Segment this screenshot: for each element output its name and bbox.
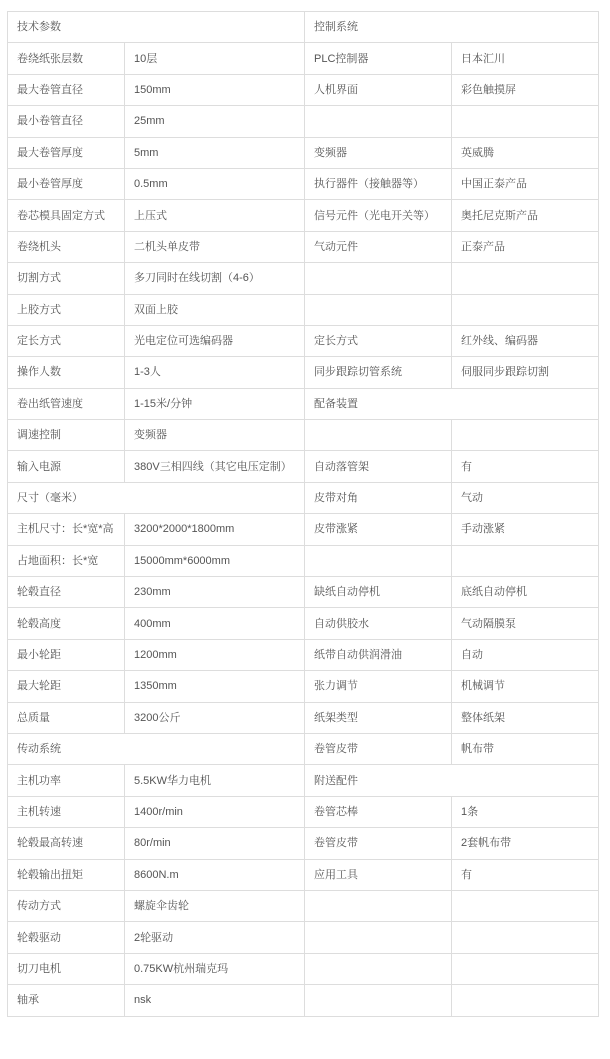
table-cell: 1-3人: [125, 357, 305, 388]
table-cell: 3200公斤: [125, 702, 305, 733]
table-row: 技术参数控制系统: [8, 12, 599, 43]
table-cell: 有: [452, 451, 599, 482]
table-cell: 卷管皮带: [305, 733, 452, 764]
table-cell: 气动: [452, 482, 599, 513]
table-row: 最大卷管厚度5mm变频器英威腾: [8, 137, 599, 168]
spec-table-body: 技术参数控制系统卷绕纸张层数10层PLC控制器日本汇川最大卷管直径150mm人机…: [8, 12, 599, 1017]
table-cell: 最大轮距: [8, 671, 125, 702]
table-cell: 轮毂最高转速: [8, 828, 125, 859]
table-cell: [452, 890, 599, 921]
table-cell: 多刀同时在线切割（4-6）: [125, 263, 305, 294]
table-cell: PLC控制器: [305, 43, 452, 74]
table-cell: [452, 953, 599, 984]
table-cell: 伺服同步跟踪切割: [452, 357, 599, 388]
table-row: 最小卷管直径25mm: [8, 106, 599, 137]
table-cell: 8600N.m: [125, 859, 305, 890]
table-cell: 最小卷管直径: [8, 106, 125, 137]
table-cell: 轮毂直径: [8, 577, 125, 608]
table-cell: 皮带涨紧: [305, 514, 452, 545]
table-row: 主机功率5.5KW华力电机附送配件: [8, 765, 599, 796]
table-cell: 螺旋伞齿轮: [125, 890, 305, 921]
table-cell: 卷芯模具固定方式: [8, 200, 125, 231]
table-cell: 2轮驱动: [125, 922, 305, 953]
table-cell: 红外线、编码器: [452, 325, 599, 356]
table-row: 最小轮距1200mm纸带自动供润滑油自动: [8, 639, 599, 670]
table-cell: 卷管芯棒: [305, 796, 452, 827]
table-cell: 轮毂高度: [8, 608, 125, 639]
table-cell: 皮带对角: [305, 482, 452, 513]
table-cell: [452, 294, 599, 325]
table-cell: [305, 890, 452, 921]
table-cell: 应用工具: [305, 859, 452, 890]
table-cell: [452, 420, 599, 451]
table-cell: 最大卷管厚度: [8, 137, 125, 168]
table-row: 输入电源380V三相四线（其它电压定制）自动落管架有: [8, 451, 599, 482]
table-cell: 彩色触摸屏: [452, 74, 599, 105]
table-cell: 主机功率: [8, 765, 125, 796]
table-cell: 最小卷管厚度: [8, 168, 125, 199]
table-cell: 380V三相四线（其它电压定制）: [125, 451, 305, 482]
table-cell: 定长方式: [8, 325, 125, 356]
table-cell: 1条: [452, 796, 599, 827]
table-cell: 变频器: [125, 420, 305, 451]
table-cell: [305, 263, 452, 294]
table-row: 轮毂最高转速80r/min卷管皮带2套帆布带: [8, 828, 599, 859]
section-header-cell: 尺寸（毫米）: [8, 482, 305, 513]
table-row: 总质量3200公斤纸架类型整体纸架: [8, 702, 599, 733]
table-row: 操作人数1-3人同步跟踪切管系统伺服同步跟踪切割: [8, 357, 599, 388]
table-cell: 自动: [452, 639, 599, 670]
table-cell: 5.5KW华力电机: [125, 765, 305, 796]
table-cell: 占地面积：长*宽: [8, 545, 125, 576]
table-cell: [452, 106, 599, 137]
table-cell: 卷绕机头: [8, 231, 125, 262]
table-row: 传动方式螺旋伞齿轮: [8, 890, 599, 921]
table-row: 卷绕纸张层数10层PLC控制器日本汇川: [8, 43, 599, 74]
table-row: 调速控制变频器: [8, 420, 599, 451]
table-row: 主机转速1400r/min卷管芯棒1条: [8, 796, 599, 827]
table-cell: 缺纸自动停机: [305, 577, 452, 608]
table-cell: 主机尺寸：长*宽*高: [8, 514, 125, 545]
table-row: 卷芯模具固定方式上压式信号元件（光电开关等）奥托尼克斯产品: [8, 200, 599, 231]
table-cell: [452, 922, 599, 953]
table-row: 最小卷管厚度0.5mm执行器件（接触器等）中国正泰产品: [8, 168, 599, 199]
table-cell: [305, 106, 452, 137]
table-cell: 1-15米/分钟: [125, 388, 305, 419]
spec-table: 技术参数控制系统卷绕纸张层数10层PLC控制器日本汇川最大卷管直径150mm人机…: [7, 11, 599, 1017]
table-cell: 切刀电机: [8, 953, 125, 984]
table-cell: [452, 545, 599, 576]
table-cell: [305, 545, 452, 576]
table-cell: 自动落管架: [305, 451, 452, 482]
table-cell: 英威腾: [452, 137, 599, 168]
table-cell: 中国正泰产品: [452, 168, 599, 199]
table-cell: 卷出纸管速度: [8, 388, 125, 419]
table-cell: 帆布带: [452, 733, 599, 764]
table-row: 轴承nsk: [8, 985, 599, 1016]
table-cell: 纸架类型: [305, 702, 452, 733]
table-row: 最大卷管直径150mm人机界面彩色触摸屏: [8, 74, 599, 105]
table-cell: 卷管皮带: [305, 828, 452, 859]
table-cell: 自动供胶水: [305, 608, 452, 639]
table-cell: [305, 985, 452, 1016]
table-cell: 调速控制: [8, 420, 125, 451]
section-header-cell: 传动系统: [8, 733, 305, 764]
table-cell: 人机界面: [305, 74, 452, 105]
table-row: 轮毂驱动2轮驱动: [8, 922, 599, 953]
table-cell: [305, 953, 452, 984]
section-header-cell: 附送配件: [305, 765, 599, 796]
section-header-cell: 技术参数: [8, 12, 305, 43]
table-cell: 手动涨紧: [452, 514, 599, 545]
table-cell: 机械调节: [452, 671, 599, 702]
table-cell: 10层: [125, 43, 305, 74]
table-cell: 轮毂输出扭矩: [8, 859, 125, 890]
table-row: 尺寸（毫米）皮带对角气动: [8, 482, 599, 513]
table-cell: 1200mm: [125, 639, 305, 670]
table-row: 主机尺寸：长*宽*高3200*2000*1800mm皮带涨紧手动涨紧: [8, 514, 599, 545]
table-cell: 同步跟踪切管系统: [305, 357, 452, 388]
table-cell: 总质量: [8, 702, 125, 733]
table-row: 切割方式多刀同时在线切割（4-6）: [8, 263, 599, 294]
table-cell: 0.5mm: [125, 168, 305, 199]
table-cell: 二机头单皮带: [125, 231, 305, 262]
table-row: 最大轮距1350mm张力调节机械调节: [8, 671, 599, 702]
table-cell: 150mm: [125, 74, 305, 105]
table-cell: 主机转速: [8, 796, 125, 827]
table-cell: 80r/min: [125, 828, 305, 859]
table-cell: 执行器件（接触器等）: [305, 168, 452, 199]
table-row: 轮毂高度400mm自动供胶水气动隔膜泵: [8, 608, 599, 639]
table-row: 轮毂输出扭矩8600N.m应用工具有: [8, 859, 599, 890]
table-cell: 最大卷管直径: [8, 74, 125, 105]
table-cell: 上胶方式: [8, 294, 125, 325]
table-cell: 最小轮距: [8, 639, 125, 670]
table-row: 传动系统卷管皮带帆布带: [8, 733, 599, 764]
table-cell: [305, 294, 452, 325]
table-cell: 正泰产品: [452, 231, 599, 262]
table-cell: 纸带自动供润滑油: [305, 639, 452, 670]
table-cell: 3200*2000*1800mm: [125, 514, 305, 545]
table-cell: 轴承: [8, 985, 125, 1016]
table-cell: 上压式: [125, 200, 305, 231]
table-cell: 日本汇川: [452, 43, 599, 74]
table-cell: [305, 922, 452, 953]
table-cell: 双面上胶: [125, 294, 305, 325]
table-cell: 气动元件: [305, 231, 452, 262]
table-row: 卷绕机头二机头单皮带气动元件正泰产品: [8, 231, 599, 262]
table-cell: 底纸自动停机: [452, 577, 599, 608]
table-cell: 传动方式: [8, 890, 125, 921]
table-cell: 400mm: [125, 608, 305, 639]
table-cell: 1350mm: [125, 671, 305, 702]
table-cell: 230mm: [125, 577, 305, 608]
table-cell: 2套帆布带: [452, 828, 599, 859]
table-cell: 输入电源: [8, 451, 125, 482]
table-cell: 整体纸架: [452, 702, 599, 733]
table-cell: 轮毂驱动: [8, 922, 125, 953]
table-cell: nsk: [125, 985, 305, 1016]
table-cell: 变频器: [305, 137, 452, 168]
table-row: 定长方式光电定位可选编码器定长方式红外线、编码器: [8, 325, 599, 356]
table-cell: 卷绕纸张层数: [8, 43, 125, 74]
table-cell: 气动隔膜泵: [452, 608, 599, 639]
table-cell: 切割方式: [8, 263, 125, 294]
table-cell: 有: [452, 859, 599, 890]
table-row: 占地面积：长*宽15000mm*6000mm: [8, 545, 599, 576]
table-row: 切刀电机0.75KW杭州瑞克玛: [8, 953, 599, 984]
table-cell: 1400r/min: [125, 796, 305, 827]
table-cell: 5mm: [125, 137, 305, 168]
section-header-cell: 控制系统: [305, 12, 599, 43]
table-cell: [452, 985, 599, 1016]
table-cell: 操作人数: [8, 357, 125, 388]
table-row: 上胶方式双面上胶: [8, 294, 599, 325]
table-cell: 0.75KW杭州瑞克玛: [125, 953, 305, 984]
table-cell: [452, 263, 599, 294]
table-cell: 信号元件（光电开关等）: [305, 200, 452, 231]
section-header-cell: 配备装置: [305, 388, 599, 419]
table-cell: 15000mm*6000mm: [125, 545, 305, 576]
table-cell: 定长方式: [305, 325, 452, 356]
table-cell: [305, 420, 452, 451]
table-cell: 奥托尼克斯产品: [452, 200, 599, 231]
table-cell: 张力调节: [305, 671, 452, 702]
table-cell: 光电定位可选编码器: [125, 325, 305, 356]
table-cell: 25mm: [125, 106, 305, 137]
table-row: 卷出纸管速度1-15米/分钟配备装置: [8, 388, 599, 419]
table-row: 轮毂直径230mm缺纸自动停机底纸自动停机: [8, 577, 599, 608]
